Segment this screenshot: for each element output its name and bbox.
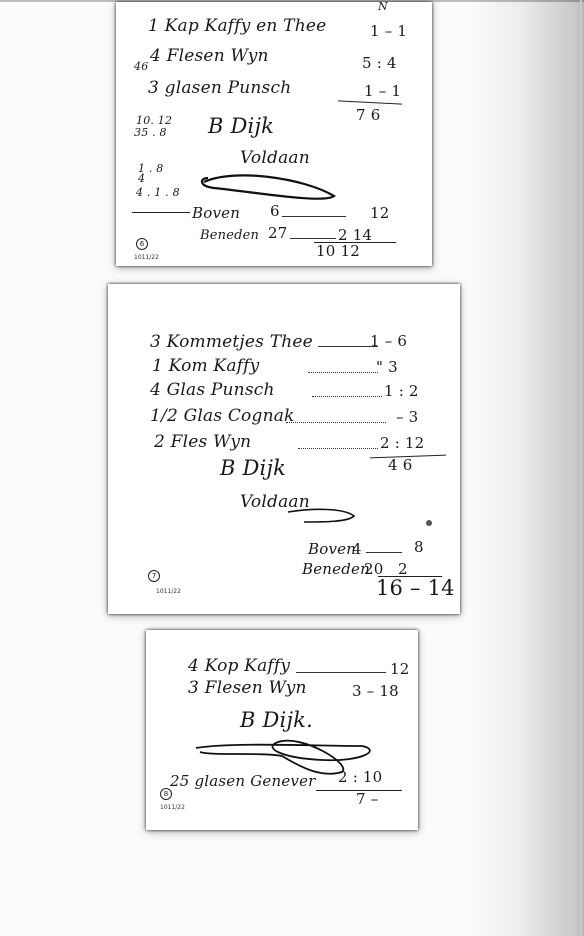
line-amount: 3 – 18 (352, 682, 399, 700)
line-amount: 1 – 1 (364, 82, 401, 100)
line-item: 1/2 Glas Cognak (150, 406, 295, 426)
signature: B Dijk (220, 456, 286, 480)
leader-line (366, 552, 402, 553)
line-item: 3 Flesen Wyn (188, 678, 307, 698)
line-item: 1 Kap Kaffy en Thee (148, 16, 326, 36)
receipt-top-mark: N (378, 0, 388, 13)
leader-line (286, 422, 386, 423)
line-amount: 12 (390, 660, 410, 678)
signature: B Dijk. (240, 708, 313, 732)
subtotal: 4 6 (388, 456, 412, 474)
line-item: 3 Kommetjes Thee (150, 332, 313, 352)
summary-label: Boven (308, 540, 356, 558)
line-item: 4 Glas Punsch (150, 380, 275, 400)
receipt-8: 4 Kop Kaffy 12 3 Flesen Wyn 3 – 18 B Dij… (146, 630, 418, 830)
summary-count: 4 (352, 540, 362, 558)
signature-flourish (284, 504, 364, 528)
margin-note: 46 (134, 60, 148, 73)
total: 7 – (356, 790, 378, 808)
total: 16 – 14 (376, 576, 455, 600)
leader-line (290, 238, 336, 239)
line-item: 25 glasen Genever (170, 772, 316, 790)
receipt-number-mark: 7 (148, 570, 160, 582)
receipt-number-mark: 8 (160, 788, 172, 800)
receipt-number-mark: 6 (136, 238, 148, 250)
ink-dot (426, 520, 432, 526)
summary-count: 6 (270, 202, 280, 220)
receipt-6: N 1 Kap Kaffy en Thee 1 – 1 46 4 Flesen … (116, 2, 432, 266)
line-item: 2 Fles Wyn (154, 432, 251, 452)
leader-line (312, 396, 382, 397)
archive-reference: 1011/22 (160, 804, 185, 811)
summary-label: Boven (192, 204, 240, 222)
summary-count: 27 (268, 224, 288, 242)
leader-line (296, 672, 386, 673)
line-amount: 5 : 4 (362, 54, 397, 72)
line-amount: 1 : 2 (384, 382, 419, 400)
line-amount: 2 : 10 (338, 768, 382, 786)
line-item: 4 Kop Kaffy (188, 656, 290, 676)
margin-rule (132, 212, 190, 213)
margin-note: 4 (138, 172, 145, 185)
line-amount: – 3 (396, 408, 418, 426)
archive-reference: 1011/22 (156, 588, 181, 595)
line-item: 3 glasen Punsch (148, 78, 291, 98)
line-amount: " 3 (376, 358, 398, 376)
leader-line (318, 346, 378, 347)
margin-note: 35 . 8 (134, 126, 167, 139)
signature-note: Voldaan (240, 148, 310, 168)
line-amount: 1 – 6 (370, 332, 407, 350)
leader-line (282, 216, 346, 217)
leader-line (308, 372, 378, 373)
receipt-7: 3 Kommetjes Thee 1 – 6 1 Kom Kaffy " 3 4… (108, 284, 460, 614)
margin-note: 4 . 1 . 8 (136, 186, 180, 199)
archive-reference: 1011/22 (134, 254, 159, 261)
line-item: 1 Kom Kaffy (152, 356, 259, 376)
leader-line (298, 448, 378, 449)
line-item: 4 Flesen Wyn (150, 46, 269, 66)
page-edge (580, 0, 582, 936)
subtotal: 7 6 (356, 106, 380, 124)
summary-amount: 12 (370, 204, 390, 222)
line-amount: 1 – 1 (370, 22, 407, 40)
summary-label: Beneden (200, 228, 259, 243)
line-amount: 2 : 12 (380, 434, 424, 452)
summary-label: Beneden (302, 560, 370, 578)
signature: B Dijk (208, 114, 274, 138)
total: 10 12 (316, 242, 360, 260)
summary-amount: 8 (414, 538, 424, 556)
